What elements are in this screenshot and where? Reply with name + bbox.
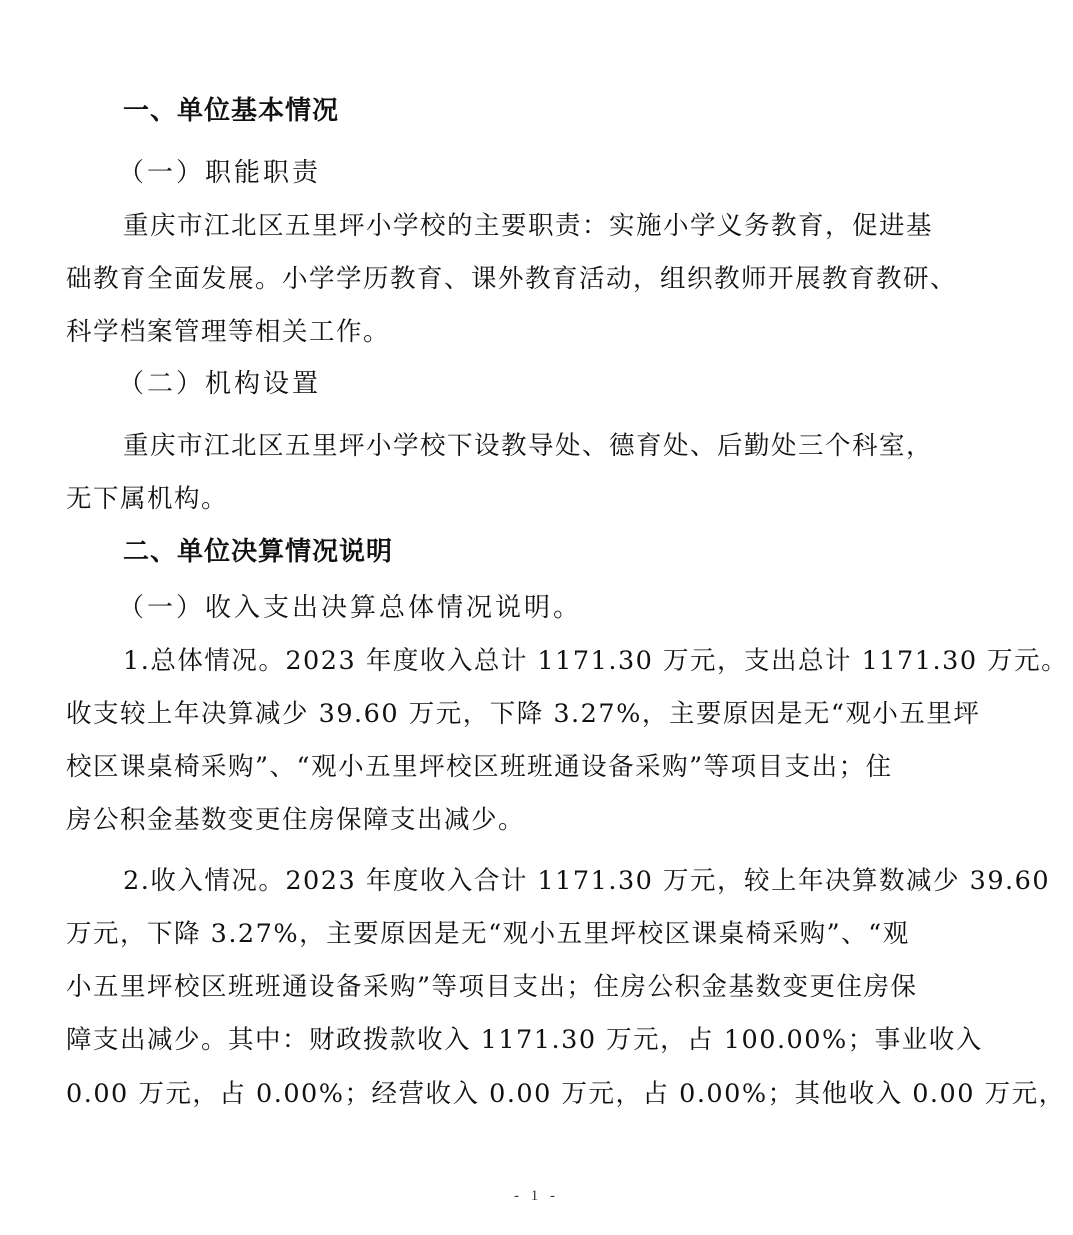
paragraph-line: 小五里坪校区班班通设备采购”等项目支出；住房公积金基数变更住房保 xyxy=(66,972,918,1002)
paragraph-line: 2.收入情况。2023 年度收入合计 1171.30 万元，较上年决算数减少 3… xyxy=(123,866,1050,896)
paragraph-line: 校区课桌椅采购”、“观小五里坪校区班班通设备采购”等项目支出；住 xyxy=(66,752,893,782)
paragraph-line: 重庆市江北区五里坪小学校的主要职责：实施小学义务教育，促进基 xyxy=(123,211,933,241)
subsection-heading: （一）收入支出决算总体情况说明。 xyxy=(118,593,582,623)
paragraph-line: 收支较上年决算减少 39.60 万元，下降 3.27%，主要原因是无“观小五里坪 xyxy=(66,699,980,729)
paragraph-line: 0.00 万元，占 0.00%；经营收入 0.00 万元，占 0.00%；其他收… xyxy=(66,1079,1066,1109)
subsection-heading: （一）职能职责 xyxy=(118,158,321,188)
paragraph-line: 障支出减少。其中：财政拨款收入 1171.30 万元，占 100.00%；事业收… xyxy=(66,1025,983,1055)
subsection-heading: （二）机构设置 xyxy=(118,369,321,399)
section-heading: 二、单位决算情况说明 xyxy=(123,537,393,567)
paragraph-line: 房公积金基数变更住房保障支出减少。 xyxy=(66,805,525,835)
paragraph-line: 1.总体情况。2023 年度收入总计 1171.30 万元，支出总计 1171.… xyxy=(123,646,1068,676)
section-heading: 一、单位基本情况 xyxy=(123,96,339,126)
paragraph-line: 无下属机构。 xyxy=(66,484,228,514)
paragraph-line: 万元，下降 3.27%，主要原因是无“观小五里坪校区课桌椅采购”、“观 xyxy=(66,919,910,949)
page-number: - 1 - xyxy=(0,1188,1073,1205)
paragraph-line: 础教育全面发展。小学学历教育、课外教育活动，组织教师开展教育教研、 xyxy=(66,264,957,294)
document-page: 一、单位基本情况（一）职能职责重庆市江北区五里坪小学校的主要职责：实施小学义务教… xyxy=(0,0,1073,1235)
paragraph-line: 重庆市江北区五里坪小学校下设教导处、德育处、后勤处三个科室， xyxy=(123,431,933,461)
paragraph-line: 科学档案管理等相关工作。 xyxy=(66,317,390,347)
